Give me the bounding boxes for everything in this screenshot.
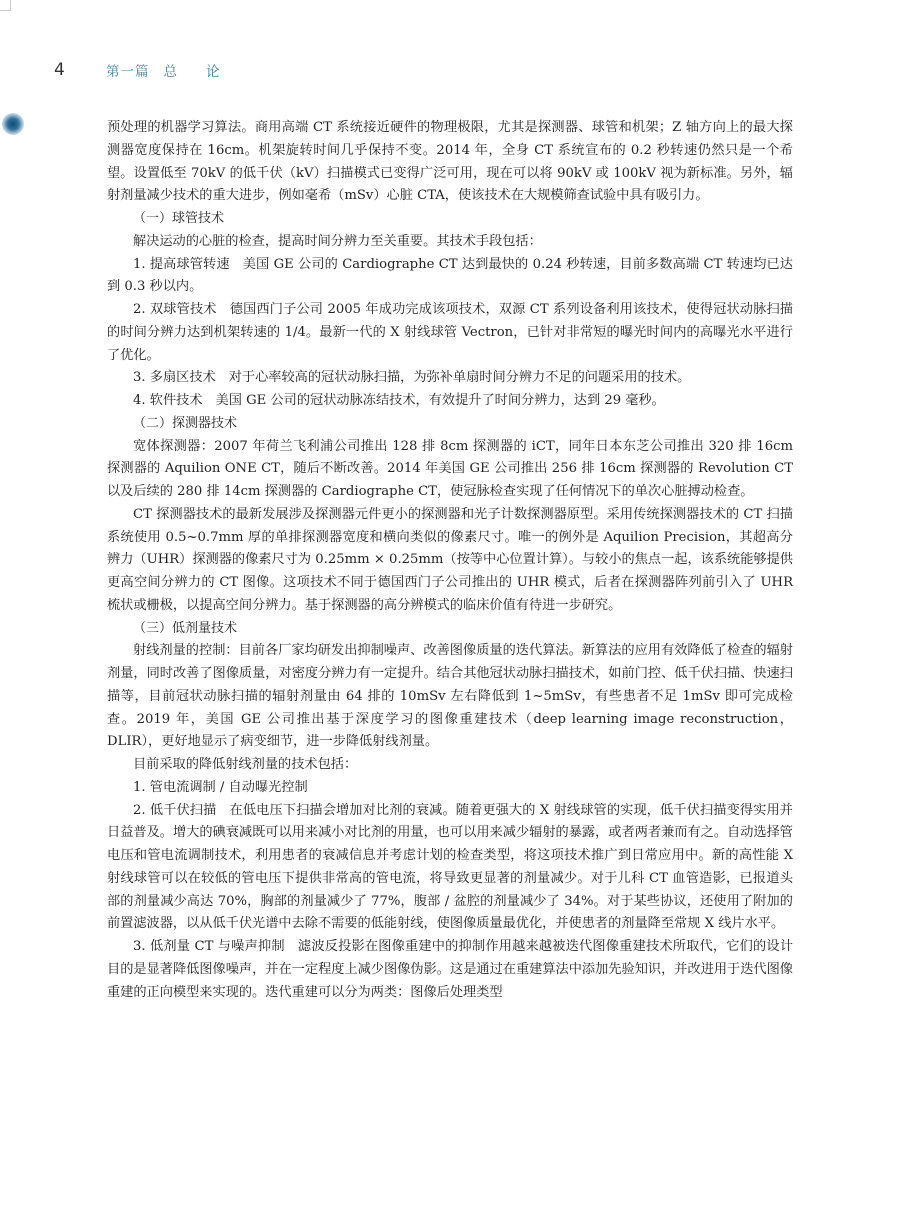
item-term: 2. 双球管技术 <box>133 302 217 317</box>
item-term: 2. 低千伏扫描 <box>133 803 216 818</box>
list-item: 3. 多扇区技术对于心率较高的冠状动脉扫描，为弥补单扇时间分辨力不足的问题采用的… <box>107 367 793 390</box>
title-char-2: 论 <box>206 64 221 80</box>
paragraph: 预处理的机器学习算法。商用高端 CT 系统接近硬件的物理极限，尤其是探测器、球管… <box>107 117 793 208</box>
list-item: 1. 管电流调制 / 自动曝光控制 <box>107 777 793 800</box>
paragraph: 目前采取的降低射线剂量的技术包括： <box>107 754 793 777</box>
paragraph: 解决运动的心脏的检查，提高时间分辨力至关重要。其技术手段包括： <box>107 231 793 254</box>
paragraph: 射线剂量的控制：目前各厂家均研发出抑制噪声、改善图像质量的迭代算法。新算法的应用… <box>107 640 793 754</box>
title-char-1: 总 <box>164 64 179 80</box>
item-term: 3. 多扇区技术 <box>133 370 216 385</box>
item-term: 1. 提高球管转速 <box>133 257 230 272</box>
running-header: 4 第一篇总论 <box>54 58 221 82</box>
list-item: 3. 低剂量 CT 与噪声抑制滤波反投影在图像重建中的抑制作用越来越被迭代图像重… <box>107 936 793 1004</box>
page-number: 4 <box>54 60 106 80</box>
item-text: 美国 GE 公司的冠状动脉冻结技术，有效提升了时间分辨力，达到 29 毫秒。 <box>216 393 665 408</box>
item-term: 3. 低剂量 CT 与噪声抑制 <box>133 939 285 954</box>
margin-dot-decoration <box>2 113 24 135</box>
item-text: 对于心率较高的冠状动脉扫描，为弥补单扇时间分辨力不足的问题采用的技术。 <box>229 370 691 385</box>
item-text: 在低电压下扫描会增加对比剂的衰减。随着更强大的 X 射线球管的实现，低千伏扫描变… <box>107 803 793 932</box>
part-label: 第一篇 <box>106 64 150 80</box>
list-item: 4. 软件技术美国 GE 公司的冠状动脉冻结技术，有效提升了时间分辨力，达到 2… <box>107 390 793 413</box>
item-term: 4. 软件技术 <box>133 393 203 408</box>
section-heading-low-dose: （三）低剂量技术 <box>107 618 793 641</box>
list-item: 2. 双球管技术德国西门子公司 2005 年成功完成该项技术，双源 CT 系列设… <box>107 299 793 367</box>
section-heading-tube: （一）球管技术 <box>107 208 793 231</box>
crop-mark <box>0 0 11 11</box>
list-item: 2. 低千伏扫描在低电压下扫描会增加对比剂的衰减。随着更强大的 X 射线球管的实… <box>107 800 793 937</box>
paragraph: CT 探测器技术的最新发展涉及探测器元件更小的探测器和光子计数探测器原型。采用传… <box>107 504 793 618</box>
section-heading-detector: （二）探测器技术 <box>107 413 793 436</box>
chapter-title: 第一篇总论 <box>106 60 221 80</box>
body-text: 预处理的机器学习算法。商用高端 CT 系统接近硬件的物理极限，尤其是探测器、球管… <box>107 117 793 1004</box>
paragraph: 宽体探测器：2007 年荷兰飞利浦公司推出 128 排 8cm 探测器的 iCT… <box>107 436 793 504</box>
list-item: 1. 提高球管转速美国 GE 公司的 Cardiographe CT 达到最快的… <box>107 254 793 300</box>
